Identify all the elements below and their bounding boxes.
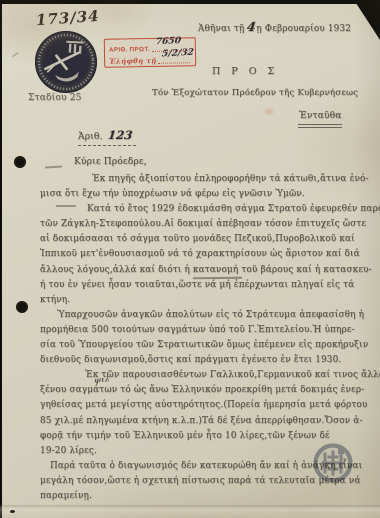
- organization-seal-icon: [30, 26, 102, 98]
- sender-address: Σταδίου 25: [28, 93, 82, 103]
- typewritten-line: ἄλλους λόγους,ἀλλά καί διότι ἡ κατανομή …: [40, 263, 364, 278]
- typewritten-line: Ἐκ πηγῆς ἀξιοπίστου ἐπληροφορήθην τά κάτ…: [40, 172, 364, 187]
- dotted-leader: 5/2/32: [158, 52, 190, 64]
- typewritten-line: σία τοῦ Ὑπουργείου τῶν Στρατιωτικῶν ὅμως…: [40, 338, 364, 353]
- date-line: Ἀθῆναι τῇ 4ῃ Φεβρουαρίου 1932: [198, 19, 351, 34]
- typewritten-line: 85 χιλ.μέ πληγωμένα κτήνη κ.λ.π.)Τά δέ ξ…: [40, 414, 364, 429]
- bottom-paper-crease: [0, 505, 380, 518]
- salutation: Κύριε Πρόεδρε,: [74, 157, 147, 167]
- reference-label: Ἀριθ.: [78, 132, 103, 142]
- typewritten-line: Ἐκ τῶν παρουσιασθέντων Γαλλικοῦ,Γερμανικ…: [40, 368, 364, 383]
- archive-watermark-icon: [311, 441, 355, 485]
- double-underline: [298, 127, 342, 128]
- ink-speck: [10, 510, 15, 513]
- double-underline: [298, 124, 342, 125]
- handwritten-insertion: ψιλ: [94, 374, 110, 385]
- typewritten-line: κτήνη.: [40, 293, 364, 308]
- typewritten-line: παραμείνῃ.: [40, 489, 364, 504]
- typewritten-line: ξένου σαγμάτων τό ὡς ἄνω Ἑλληνικόν προεκ…: [40, 383, 364, 398]
- registry-stamp: ΑΡΙΘ. ΠΡΩΤ. 7650 Ἐλήφθη τῇ 5/2/32: [104, 37, 196, 68]
- typewritten-line: ή του ἐν γένει ἦσαν τοιαῦται,ὥστε νά μή …: [40, 278, 364, 293]
- typewritten-line: αἱ δοκιμάσασαι τό σάγμα τοῦτο μονάδες Πε…: [40, 232, 364, 247]
- date-city: Ἀθῆναι τῇ: [198, 24, 244, 34]
- typewritten-line: γηθείσας μετά μεγίστης αὐστηρότητος.(Πορ…: [40, 398, 364, 413]
- typewritten-line: προμήθεια 500 τοιούτων σαγμάτων ὑπό τοῦ …: [40, 323, 364, 338]
- date-day-suffix: ῃ: [256, 24, 261, 34]
- typewritten-line: Ὑπαρχουσῶν ἀναγκῶν ἀπολύτων εἰς τό Στράτ…: [40, 308, 364, 323]
- protocol-number-handwritten: 7650: [155, 36, 181, 47]
- date-month-year: Φεβρουαρίου 1932: [265, 24, 351, 34]
- typewritten-line: Ἱππικοῦ μετ'ἐνθουσιασμοῦ νά τό χαρακτηρί…: [40, 247, 364, 262]
- reference-number-line: Ἀριθ.123: [78, 128, 136, 146]
- red-ink-smudge: [263, 107, 275, 116]
- typewritten-line: Κατά τό ἔτος 1929 ἐδοκιμάσθη σάγμα Στρατ…: [40, 202, 364, 217]
- reference-number-handwritten: 123: [107, 128, 133, 142]
- typewritten-line: τῶν Ζάγκλη-Στεφοπούλου.Αἱ δοκιμαί ἀπέβησ…: [40, 217, 364, 232]
- received-date-handwritten: 5/2/32: [162, 48, 195, 60]
- hole-punch: [14, 156, 26, 168]
- hole-punch: [16, 301, 28, 313]
- received-date-label: Ἐλήφθη τῇ: [109, 56, 157, 66]
- addressee-heading: Π Ρ Ο Σ: [212, 66, 278, 77]
- addressee-line: Τόν Ἐξοχώτατον Πρόεδρον τῆς Κυβερνήσεως: [152, 88, 358, 98]
- typewritten-line: διεθνοῦς διαγωνισμοῦ,ὅστις καί πράγματι …: [40, 353, 364, 368]
- scanned-letter-photo: Σταδίου 25 173/34 Ἀθῆναι τῇ 4ῃ Φεβρουαρί…: [0, 0, 380, 518]
- typewritten-line: μισα ὅτι ἔχω τήν ὑποχρέωσιν νά φέρω εἰς …: [40, 187, 364, 202]
- addressee-place: Ἐνταῦθα: [299, 111, 342, 121]
- protocol-number-label: ΑΡΙΘ. ΠΡΩΤ.: [109, 46, 150, 54]
